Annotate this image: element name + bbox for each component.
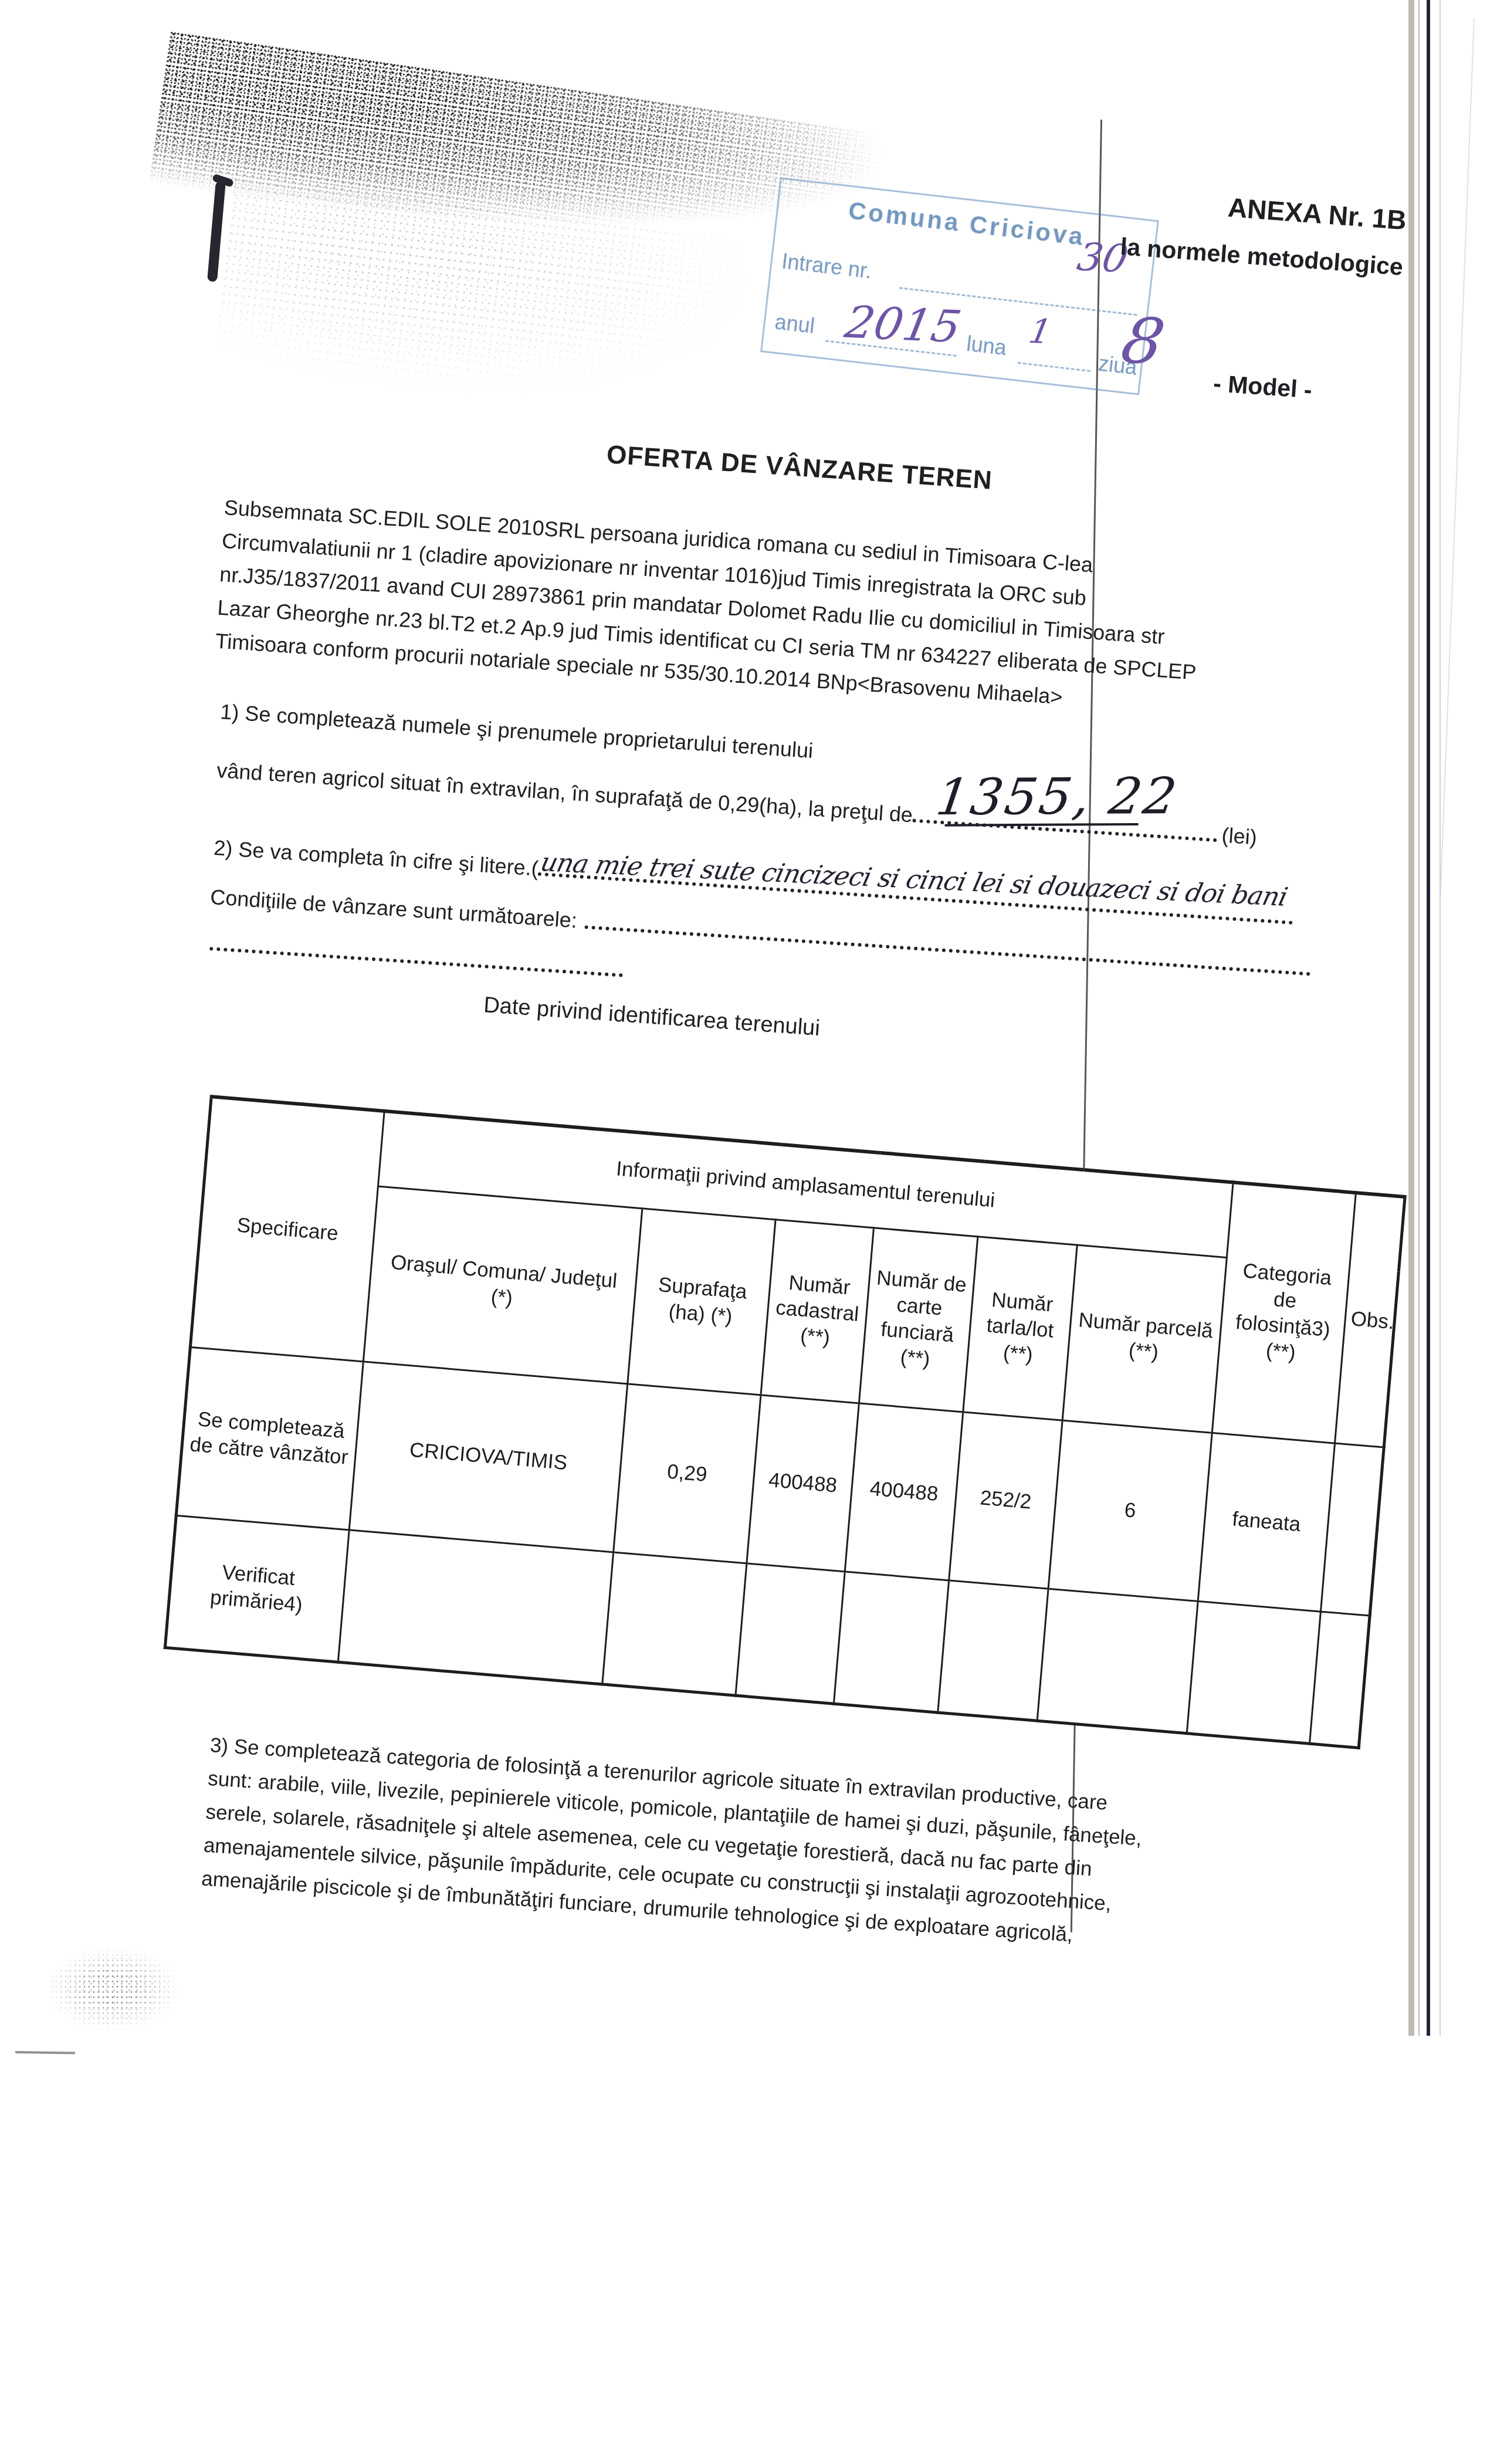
handwritten-underline: [944, 823, 1138, 827]
conditions-label: Condiţiile de vânzare sunt următoarele:: [209, 885, 578, 933]
handwritten-amount-words: una mie trei sute cincizeci si cinci lei…: [538, 849, 1290, 910]
cell-suprafata: 0,29: [614, 1383, 761, 1563]
page-edge-line: [1408, 0, 1414, 2036]
page-edge-line: [1427, 0, 1430, 2036]
cell-empty: [736, 1563, 845, 1703]
price-blank-field: 1355, 22: [912, 814, 1217, 842]
row-label-verificat: Verificat primărie4): [165, 1515, 349, 1662]
footnote-3-paragraph: 3) Se completează categoria de folosinţă…: [201, 1728, 1145, 1955]
land-identification-table: Specificare Informaţii privind amplasame…: [164, 1095, 1407, 1749]
cell-empty: [938, 1580, 1048, 1720]
page-edge-line: [1440, 0, 1441, 2036]
scan-smudge: [49, 1942, 190, 2036]
cell-empty: [1187, 1601, 1320, 1744]
dotted-leader: [585, 920, 1311, 976]
document-title: OFERTA DE VÂNZARE TEREN: [606, 440, 993, 496]
th-carte-funciara: Număr de carte funciară (**): [859, 1227, 977, 1412]
cell-empty: [1037, 1589, 1198, 1734]
sale-price-line: vând teren agricol situat în extravilan,…: [216, 758, 1258, 850]
th-suprafata: Suprafaţa (ha) (*): [628, 1208, 775, 1395]
cell-empty: [834, 1571, 949, 1712]
sale-price-prefix: vând teren agricol situat în extravilan,…: [216, 758, 913, 828]
sale-price-suffix: (lei): [1221, 823, 1258, 850]
footnote-2-prefix: 2) Se va completa în cifre şi litere.(: [213, 835, 539, 881]
th-oras-comuna-judet: Oraşul/ Comuna/ Judeţul (*): [363, 1186, 642, 1384]
stamp-luna-label: luna: [966, 331, 1008, 360]
th-tarla-lot: Număr tarla/lot (**): [963, 1236, 1078, 1420]
stamp-handwritten-year: 2015: [842, 300, 964, 349]
cell-numar-cadastral: 400488: [747, 1395, 859, 1571]
cell-parcela: 6: [1048, 1420, 1212, 1601]
stamp-anul-label: anul: [774, 310, 816, 339]
page-edge-line: [1418, 0, 1420, 2036]
stamp-blank-line: [1018, 361, 1091, 372]
cell-empty: [602, 1552, 747, 1695]
cell-categoria: faneata: [1198, 1433, 1335, 1612]
cell-empty: [1310, 1612, 1370, 1748]
cell-empty: [338, 1529, 613, 1684]
th-numar-cadastral: Număr cadastral (**): [761, 1219, 874, 1403]
table-title: Date privind identificarea terenului: [483, 993, 821, 1041]
th-parcela: Număr parcelă (**): [1062, 1245, 1227, 1433]
th-specificare: Specificare: [190, 1096, 384, 1361]
dotted-leader: [209, 942, 623, 977]
page-edge-diagonal: [1440, 18, 1475, 897]
model-label: - Model -: [1212, 370, 1313, 404]
row-label-vanzator: Se completează de către vânzător: [176, 1347, 363, 1530]
handwritten-price: 1355, 22: [933, 771, 1181, 823]
cell-tarla-lot: 252/2: [949, 1412, 1063, 1588]
intro-paragraph: Subsemnata SC.EDIL SOLE 2010SRL persoana…: [214, 490, 1204, 722]
scanned-document-page: Comuna Criciova Intrare nr. anul luna zi…: [0, 0, 1497, 2464]
th-categoria: Categoria de folosinţă3) (**): [1212, 1182, 1356, 1443]
footnote-1: 1) Se completează numele şi prenumele pr…: [219, 699, 814, 763]
stamp-intrare-label: Intrare nr.: [780, 249, 873, 283]
cell-carte-funciara: 400488: [845, 1403, 963, 1580]
scan-tick-mark: [15, 2051, 75, 2054]
cell-localitate: CRICIOVA/TIMIS: [349, 1361, 628, 1552]
